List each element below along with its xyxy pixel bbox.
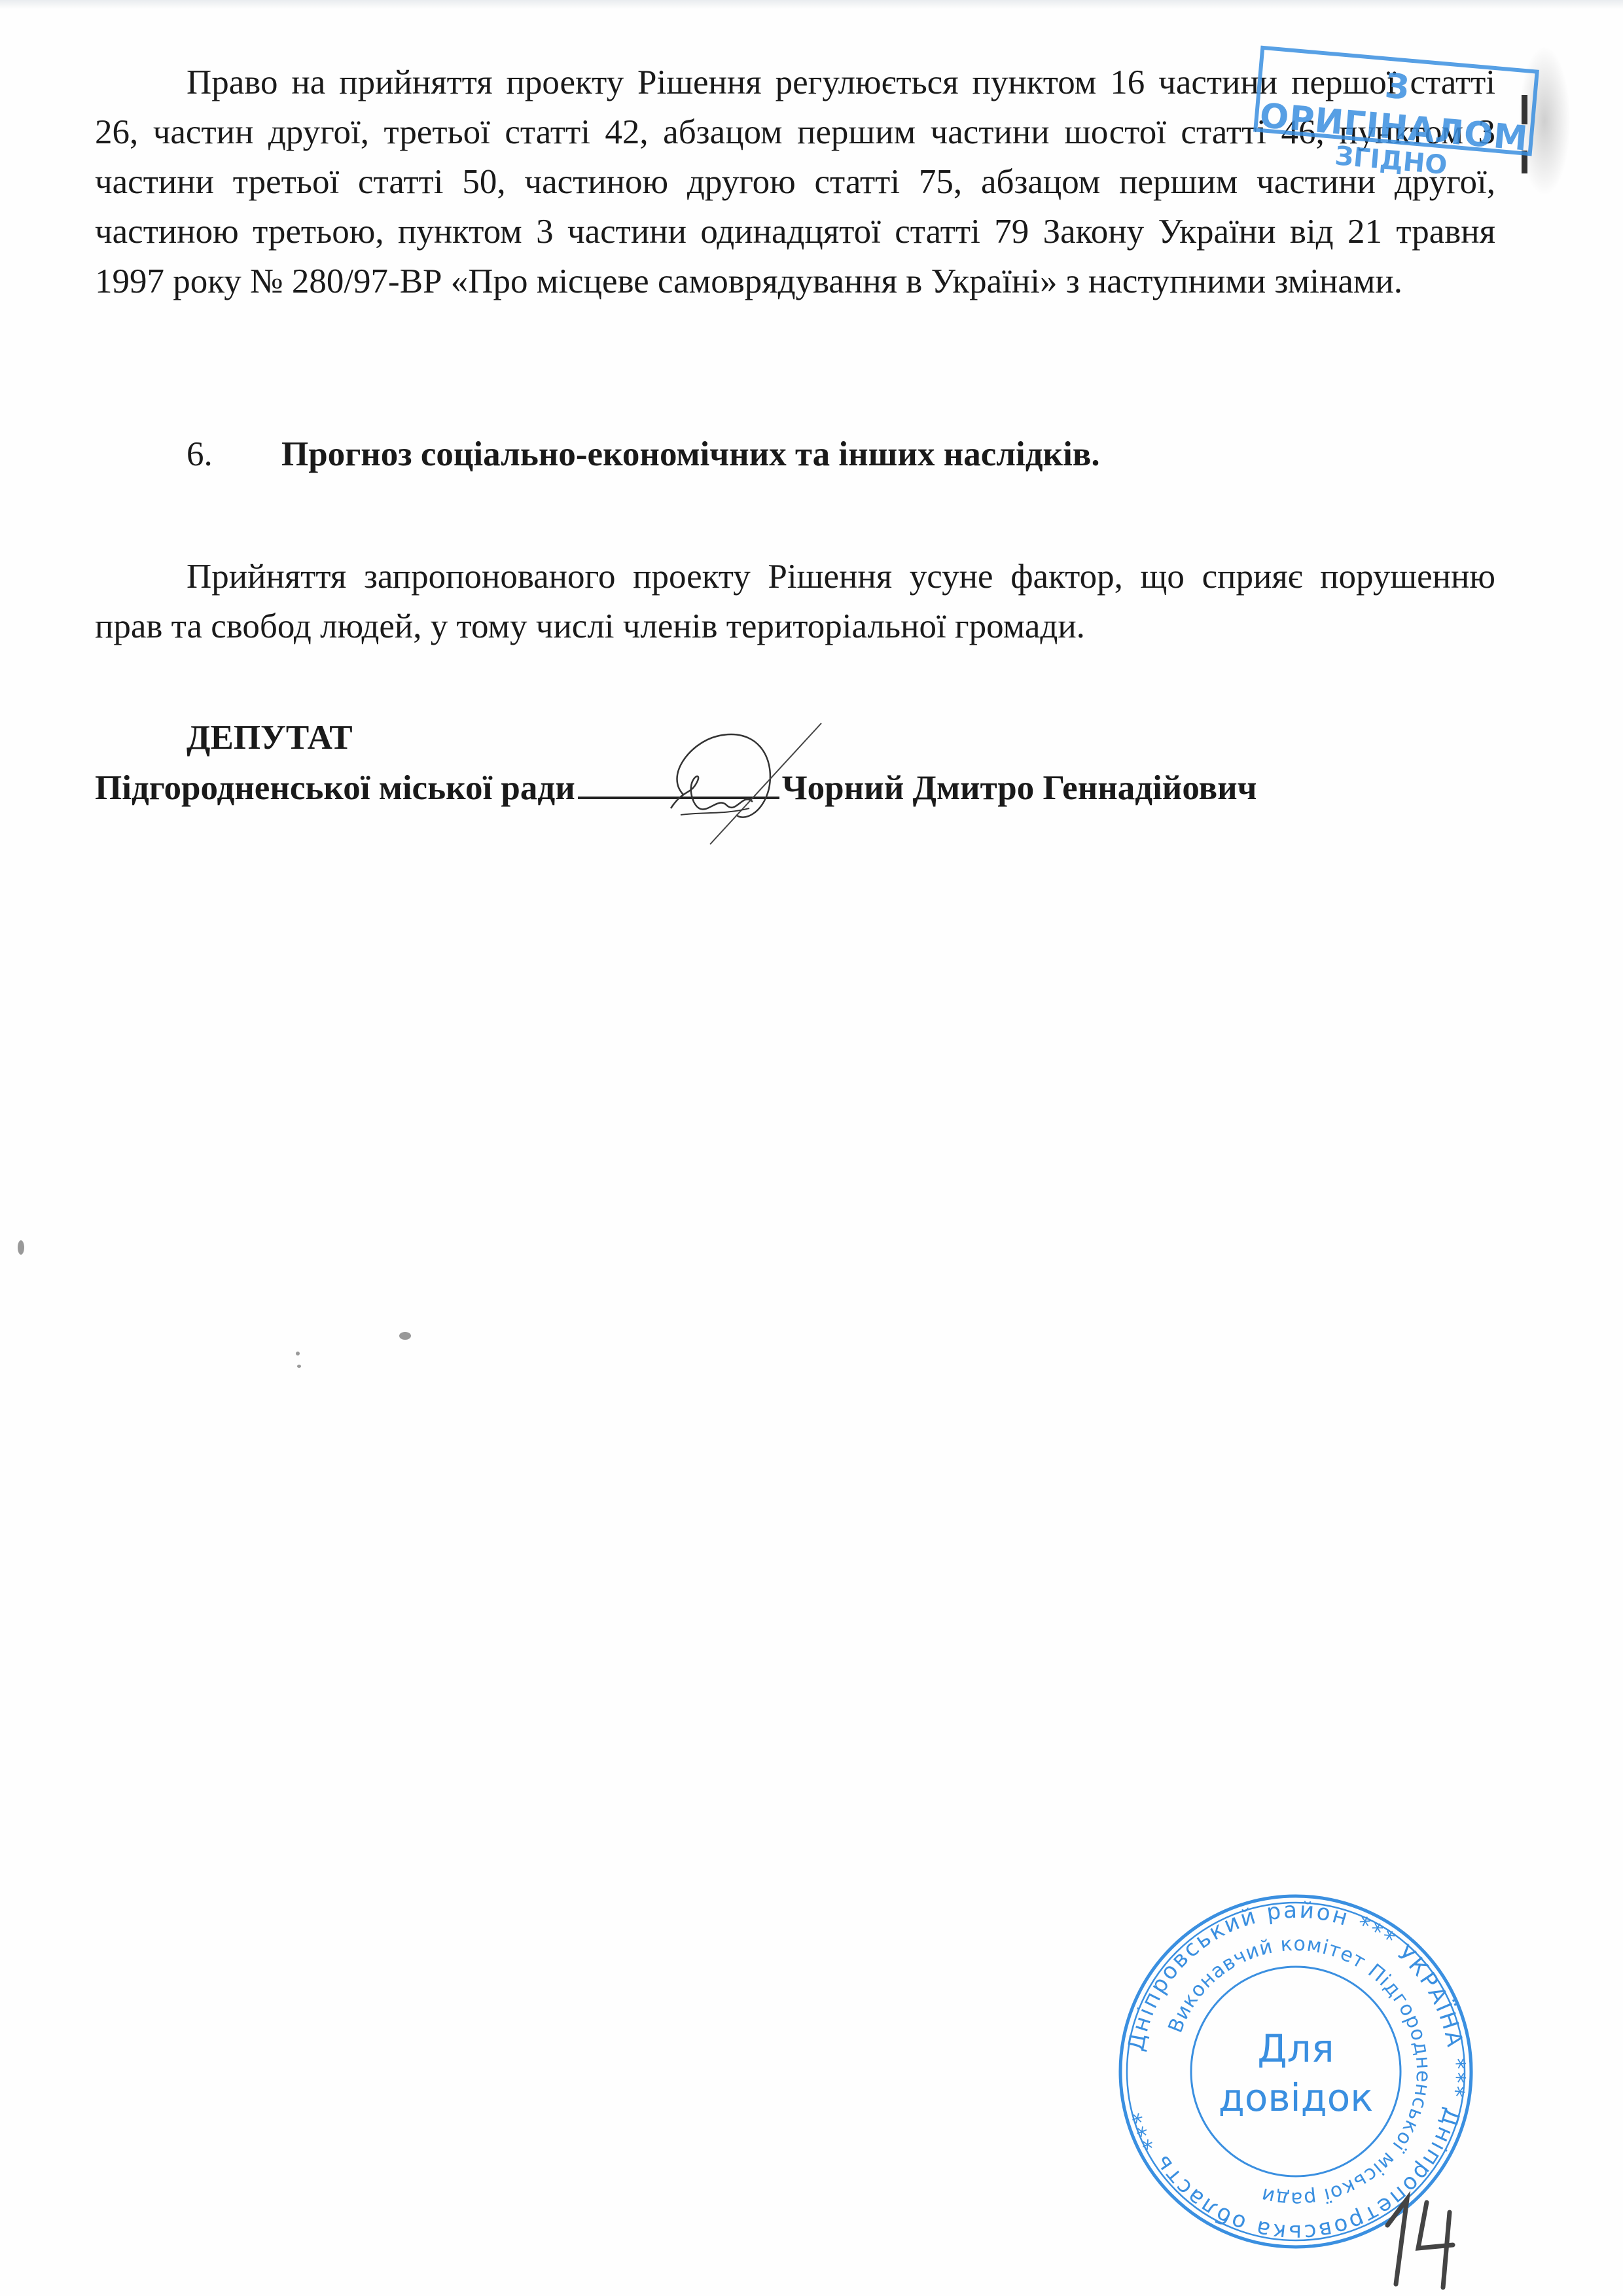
scan-speck bbox=[296, 1352, 300, 1355]
section-heading: 6.Прогноз соціально-економічних та інших… bbox=[187, 435, 1100, 474]
section-title: Прогноз соціально-економічних та інших н… bbox=[281, 435, 1100, 473]
section-number: 6. bbox=[187, 435, 281, 474]
document-page: Право на прийняття проекту Рішення регул… bbox=[0, 0, 1623, 2296]
seal-inner-text: Виконавчий комітет Підгородненської місь… bbox=[1164, 1933, 1435, 2210]
scan-edge bbox=[0, 0, 1623, 9]
forecast-text: Прийняття запропонованого проекту Рішенн… bbox=[95, 558, 1495, 645]
svg-text:Виконавчий комітет Підгороднен: Виконавчий комітет Підгородненської місь… bbox=[1164, 1933, 1435, 2210]
forecast-paragraph: Прийняття запропонованого проекту Рішенн… bbox=[95, 552, 1495, 651]
certification-stamp: З ОРИГІНАЛОМ ЗГІДНО bbox=[1253, 46, 1539, 156]
seal-center-line-2: довідок bbox=[1219, 2075, 1374, 2120]
signer-title: ДЕПУТАТ bbox=[187, 718, 353, 757]
scan-speck bbox=[399, 1332, 411, 1340]
scan-speck bbox=[18, 1240, 24, 1255]
signer-organization: Підгородненської міської ради bbox=[95, 769, 575, 807]
handwritten-signature-icon bbox=[645, 717, 867, 848]
seal-center-line-1: Для bbox=[1257, 2026, 1334, 2071]
scan-speck bbox=[297, 1365, 301, 1368]
handwritten-page-number: 14 bbox=[1378, 2186, 1463, 2291]
